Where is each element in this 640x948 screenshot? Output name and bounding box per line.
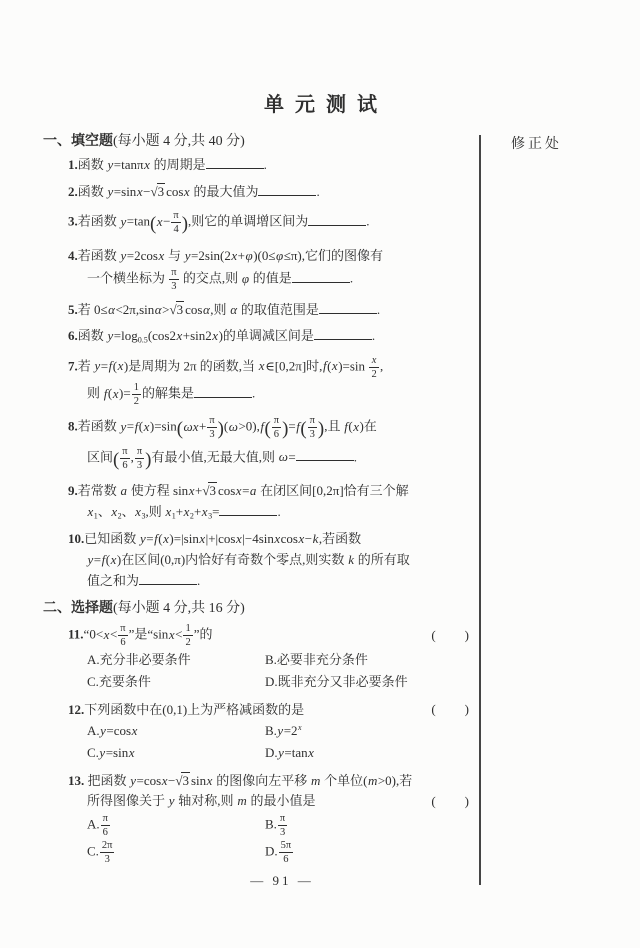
section-note: (每小题 4 分,共 16 分) — [113, 601, 245, 616]
question-line: 13. 把函数 y=cosx−√3sinx 的图像向左平移 m 个单位(m>0)… — [68, 771, 480, 792]
option-row: A.π6B.π3 — [68, 812, 480, 839]
math-variable: a — [120, 483, 128, 498]
math-variable: x — [161, 773, 168, 788]
option: C.y=sinx — [87, 742, 265, 764]
question-number: 4. — [68, 248, 78, 263]
square-root: √3 — [150, 184, 165, 199]
question-line: 11.( )“0<x<π6”是“sinx<12”的 — [68, 622, 480, 649]
answer-blank — [194, 384, 252, 397]
math-variable: x — [136, 184, 143, 199]
math-variable: x — [183, 504, 190, 519]
question-line: 值之和为. — [68, 571, 480, 592]
math-variable: y — [120, 214, 127, 229]
answer-blank — [292, 270, 350, 283]
math-variable: x — [112, 386, 119, 401]
question-number: 12. — [68, 702, 84, 717]
question-line: 6.函数 y=log0.5(cos2x+sin2x)的单调减区间是. — [68, 326, 480, 347]
option: A.充分非必要条件 — [87, 649, 265, 671]
big-paren-close: ) — [218, 419, 224, 440]
math-variable: x — [231, 248, 238, 263]
math-variable: x — [117, 358, 124, 373]
question-number: 2. — [68, 184, 78, 199]
math-variable: y — [120, 248, 127, 263]
question-line: 10.已知函数 y=f(x)=|sinx|+|cosx|−4sinxcosx−k… — [68, 529, 480, 550]
option: B.π3 — [265, 812, 288, 839]
question: 2.函数 y=sinx−√3cosx 的最大值为. — [68, 182, 480, 203]
fraction: π3 — [308, 414, 317, 441]
math-variable: x — [258, 358, 265, 373]
math-variable: x — [156, 214, 163, 229]
choice-brackets: ( ) — [431, 700, 470, 721]
option: C.充要条件 — [87, 671, 265, 693]
math-variable: y — [120, 419, 127, 434]
question-line: 3.若函数 y=tan(x−π4),则它的单调增区间为. — [68, 209, 480, 240]
big-paren-open: ( — [113, 449, 119, 470]
math-variable: x — [158, 248, 165, 263]
math-variable: f — [101, 552, 106, 567]
math-variable: f — [154, 531, 159, 546]
section-note: (每小题 4 分,共 40 分) — [113, 134, 245, 149]
math-variable: x — [199, 531, 206, 546]
question-number: 1. — [68, 157, 78, 172]
math-variable: ω — [278, 449, 288, 464]
big-paren-close: ) — [182, 213, 188, 234]
fraction: 12 — [183, 622, 192, 649]
math-variable: α — [202, 302, 210, 317]
fraction: 5π6 — [279, 839, 294, 866]
math-variable: ω — [228, 419, 238, 434]
section: 一、填空题(每小题 4 分,共 40 分)1.函数 y=tanπx 的周期是.2… — [40, 131, 480, 592]
question-line: 区间(π6,π3)有最小值,无最大值,则 ω=. — [68, 445, 480, 476]
fraction: π3 — [135, 445, 144, 472]
section-heading: 一、填空题(每小题 4 分,共 40 分) — [43, 131, 480, 153]
option: D.既非充分又非必要条件 — [265, 671, 408, 693]
choice-brackets: ( ) — [431, 791, 470, 812]
big-paren-close: ) — [318, 419, 324, 440]
option: C.2π3 — [87, 839, 265, 866]
math-variable: φ — [276, 248, 284, 263]
fraction: π6 — [118, 622, 127, 649]
big-paren-open: ( — [264, 419, 270, 440]
question-line: 则 f(x)=12的解集是. — [68, 381, 480, 408]
question-number: 7. — [68, 358, 78, 373]
math-variable: x — [183, 184, 190, 199]
math-variable: y — [277, 723, 284, 738]
option-row: A.充分非必要条件B.必要非充分条件 — [68, 649, 480, 671]
square-root: √3 — [175, 773, 190, 788]
fraction: π4 — [171, 209, 180, 236]
big-paren-close: ) — [282, 419, 288, 440]
question-line: 1.函数 y=tanπx 的周期是. — [68, 155, 480, 176]
math-variable: x — [235, 483, 242, 498]
answer-blank — [296, 448, 354, 461]
math-variable: k — [348, 552, 355, 567]
math-variable: x — [212, 328, 219, 343]
math-variable: f — [108, 358, 113, 373]
option: A.y=cosx — [87, 720, 265, 742]
math-variable: α — [154, 302, 162, 317]
math-variable: ωx — [183, 419, 199, 434]
math-variable: x — [235, 531, 242, 546]
question-line: 9.若常数 a 使方程 sinx+√3cosx=a 在闭区间[0,2π]恰有三个… — [68, 481, 480, 502]
choice-brackets: ( ) — [431, 625, 470, 646]
section-heading: 二、选择题(每小题 4 分,共 16 分) — [43, 598, 480, 620]
math-variable: y — [184, 248, 191, 263]
question-line: 7.若 y=f(x)是周期为 2π 的函数,当 x∈[0,2π]时,f(x)=s… — [68, 354, 480, 381]
question: 6.函数 y=log0.5(cos2x+sin2x)的单调减区间是. — [68, 326, 480, 347]
question-number: 8. — [68, 419, 78, 434]
correction-margin-rule — [479, 135, 481, 885]
big-paren-close: ) — [145, 449, 151, 470]
square-root: √3 — [169, 302, 184, 317]
answer-blank — [308, 212, 366, 225]
question-number: 5. — [68, 302, 78, 317]
big-paren-open: ( — [300, 419, 306, 440]
math-variable: y — [107, 328, 114, 343]
question-line: ( )所得图像关于 y 轴对称,则 m 的最小值是 — [68, 791, 480, 812]
question-number: 3. — [68, 214, 78, 229]
math-variable: φ — [245, 248, 253, 263]
math-variable: x — [143, 419, 150, 434]
fraction: π3 — [169, 266, 178, 293]
math-variable: y — [100, 723, 107, 738]
answer-blank — [206, 156, 264, 169]
math-variable: m — [237, 793, 247, 808]
sections: 一、填空题(每小题 4 分,共 40 分)1.函数 y=tanπx 的周期是.2… — [40, 131, 480, 867]
math-variable: α — [108, 302, 116, 317]
math-variable: x — [111, 504, 118, 519]
math-variable: k — [312, 531, 319, 546]
question: 11.( )“0<x<π6”是“sinx<12”的A.充分非必要条件B.必要非充… — [68, 622, 480, 693]
fraction: 12 — [132, 381, 141, 408]
section: 二、选择题(每小题 4 分,共 16 分)11.( )“0<x<π6”是“sin… — [40, 598, 480, 867]
question-line: 2.函数 y=sinx−√3cosx 的最大值为. — [68, 182, 480, 203]
math-variable: x — [308, 745, 315, 760]
option: A.π6 — [87, 812, 265, 839]
option-row: C.2π3D.5π6 — [68, 839, 480, 866]
page-number: — 91 — — [62, 873, 502, 889]
question: 9.若常数 a 使方程 sinx+√3cosx=a 在闭区间[0,2π]恰有三个… — [68, 481, 480, 523]
question-line: 5.若 0≤α<2π,sinα>√3cosα,则 α 的取值范围是. — [68, 300, 480, 321]
math-variable: x — [110, 552, 117, 567]
option: D.y=tanx — [265, 742, 314, 764]
answer-blank — [139, 572, 197, 585]
math-variable: m — [367, 773, 377, 788]
option: B.必要非充分条件 — [265, 649, 368, 671]
main-column: 一、填空题(每小题 4 分,共 40 分)1.函数 y=tanπx 的周期是.2… — [40, 131, 480, 889]
question-line: 一个横坐标为 π3 的交点,则 φ 的值是. — [68, 266, 480, 293]
math-variable: y — [278, 745, 285, 760]
page-title: 单元测试 — [0, 0, 640, 117]
math-variable: x — [128, 745, 135, 760]
math-variable: x — [163, 531, 170, 546]
math-variable: x — [353, 419, 360, 434]
question: 8.若函数 y=f(x)=sin(ωx+π3)(ω>0),f(π6)=f(π3)… — [68, 414, 480, 475]
question-line: 4.若函数 y=2cosx 与 y=2sin(2x+φ)(0≤φ≤π),它们的图… — [68, 246, 480, 267]
math-variable: f — [134, 419, 139, 434]
math-variable: a — [249, 483, 257, 498]
option-row: A.y=cosxB.y=2x — [68, 720, 480, 742]
fraction: π3 — [278, 812, 287, 839]
math-variable: x — [87, 504, 94, 519]
math-variable: y — [87, 552, 94, 567]
math-variable: f — [103, 386, 108, 401]
question-line: 8.若函数 y=f(x)=sin(ωx+π3)(ω>0),f(π6)=f(π3)… — [68, 414, 480, 445]
fraction: x2 — [369, 354, 379, 381]
option: B.y=2x — [265, 720, 302, 742]
question-line: y=f(x)在区间(0,π)内恰好有奇数个零点,则实数 k 的所有取 — [68, 550, 480, 571]
correction-margin-label: 修正处 — [511, 133, 562, 153]
question: 3.若函数 y=tan(x−π4),则它的单调增区间为. — [68, 209, 480, 240]
question: 10.已知函数 y=f(x)=|sinx|+|cosx|−4sinxcosx−k… — [68, 529, 480, 591]
math-variable: x — [188, 483, 195, 498]
math-variable: x — [168, 627, 175, 642]
answer-blank — [219, 503, 277, 516]
math-variable: y — [140, 531, 147, 546]
math-variable: y — [130, 773, 137, 788]
math-variable: x — [206, 773, 213, 788]
math-variable: α — [230, 302, 238, 317]
option-row: C.充要条件D.既非充分又非必要条件 — [68, 671, 480, 693]
question-number: 6. — [68, 328, 78, 343]
question-number: 9. — [68, 483, 78, 498]
math-variable: x — [131, 723, 138, 738]
question: 13. 把函数 y=cosx−√3sinx 的图像向左平移 m 个单位(m>0)… — [68, 771, 480, 867]
math-variable: y — [107, 157, 114, 172]
math-variable: y — [94, 358, 101, 373]
math-variable: φ — [241, 271, 249, 286]
question-line: 12.( )下列函数中在(0,1)上为严格减函数的是 — [68, 700, 480, 721]
fraction: π6 — [120, 445, 129, 472]
section-label: 二、选择题 — [43, 601, 113, 616]
question-line: x1、x2、x3,则 x1+x2+x3=. — [68, 502, 480, 523]
math-variable: x — [274, 531, 281, 546]
scanned-test-page: 单元测试 一、填空题(每小题 4 分,共 40 分)1.函数 y=tanπx 的… — [0, 0, 640, 948]
question: 4.若函数 y=2cosx 与 y=2sin(2x+φ)(0≤φ≤π),它们的图… — [68, 246, 480, 294]
question: 7.若 y=f(x)是周期为 2π 的函数,当 x∈[0,2π]时,f(x)=s… — [68, 354, 480, 409]
section-label: 一、填空题 — [43, 134, 113, 149]
math-variable: f — [322, 358, 327, 373]
math-variable: x — [165, 504, 172, 519]
question: 5.若 0≤α<2π,sinα>√3cosα,则 α 的取值范围是. — [68, 300, 480, 321]
question-number: 13. — [68, 773, 84, 788]
math-variable: x — [298, 531, 305, 546]
math-variable: f — [344, 419, 349, 434]
math-variable: m — [310, 773, 320, 788]
question: 1.函数 y=tanπx 的周期是. — [68, 155, 480, 176]
answer-blank — [319, 300, 377, 313]
math-variable: y — [107, 184, 114, 199]
fraction: π3 — [207, 414, 216, 441]
math-variable: x — [176, 328, 183, 343]
question-number: 10. — [68, 531, 84, 546]
answer-blank — [314, 327, 372, 340]
option: D.5π6 — [265, 839, 294, 866]
question: 12.( )下列函数中在(0,1)上为严格减函数的是A.y=cosxB.y=2x… — [68, 700, 480, 765]
fraction: π6 — [101, 812, 110, 839]
answer-blank — [258, 183, 316, 196]
option-row: C.y=sinxD.y=tanx — [68, 742, 480, 764]
math-variable: y — [168, 793, 175, 808]
fraction: π6 — [272, 414, 281, 441]
math-variable: x — [144, 157, 151, 172]
math-variable: x — [103, 627, 110, 642]
question-number: 11. — [68, 627, 84, 642]
math-variable: y — [99, 745, 106, 760]
square-root: √3 — [202, 483, 217, 498]
math-variable: x — [331, 358, 338, 373]
fraction: 2π3 — [100, 839, 115, 866]
